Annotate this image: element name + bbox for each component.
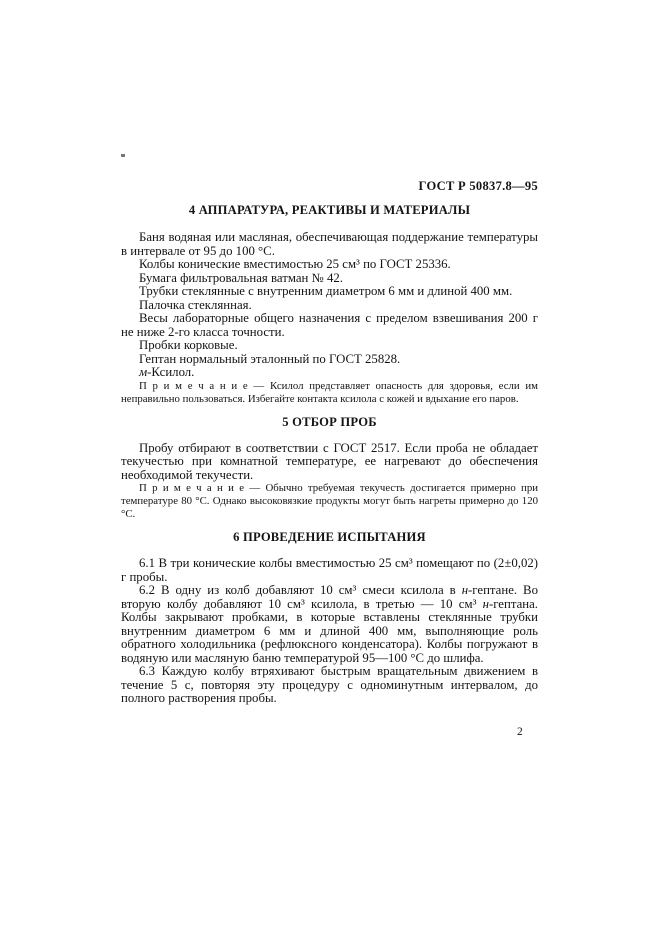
scan-artifact-dot — [121, 154, 125, 157]
paragraph-glass-tubes: Трубки стеклянные с внутренним диаметром… — [121, 285, 538, 299]
paragraph-heptane: Гептан нормальный эталонный по ГОСТ 2582… — [121, 353, 538, 367]
paragraph-scales: Весы лабораторные общего назначения с пр… — [121, 312, 538, 339]
paragraph-6-1: 6.1 В три конические колбы вместимостью … — [121, 557, 538, 584]
document-page: ГОСТ Р 50837.8—95 4 АППАРАТУРА, РЕАКТИВЫ… — [0, 0, 661, 935]
paragraph-6-3: 6.3 Каждую колбу втряхивают быстрым вращ… — [121, 665, 538, 706]
paragraph-glass-rod: Палочка стеклянная. — [121, 299, 538, 313]
page-content: ГОСТ Р 50837.8—95 4 АППАРАТУРА, РЕАКТИВЫ… — [121, 180, 538, 706]
paragraph-xylene: м-Ксилол. — [121, 366, 538, 380]
section-4-heading: 4 АППАРАТУРА, РЕАКТИВЫ И МАТЕРИАЛЫ — [121, 203, 538, 218]
paragraph-filter-paper: Бумага фильтровальная ватман № 42. — [121, 272, 538, 286]
section-5-heading: 5 ОТБОР ПРОБ — [121, 415, 538, 430]
page-number: 2 — [517, 726, 523, 738]
section-6-heading: 6 ПРОВЕДЕНИЕ ИСПЫТАНИЯ — [121, 530, 538, 545]
paragraph-sampling: Пробу отбирают в соответствии с ГОСТ 251… — [121, 442, 538, 483]
running-head: ГОСТ Р 50837.8—95 — [121, 180, 538, 193]
paragraph-6-2: 6.2 В одну из колб добавляют 10 см³ смес… — [121, 584, 538, 665]
paragraph-bath: Баня водяная или масляная, обеспечивающа… — [121, 231, 538, 258]
paragraph-cork-stoppers: Пробки корковые. — [121, 339, 538, 353]
paragraph-flasks: Колбы конические вместимостью 25 см³ по … — [121, 258, 538, 272]
section-5-note: П р и м е ч а н и е — Обычно требуемая т… — [121, 482, 538, 521]
section-4-note: П р и м е ч а н и е — Ксилол представляе… — [121, 380, 538, 406]
